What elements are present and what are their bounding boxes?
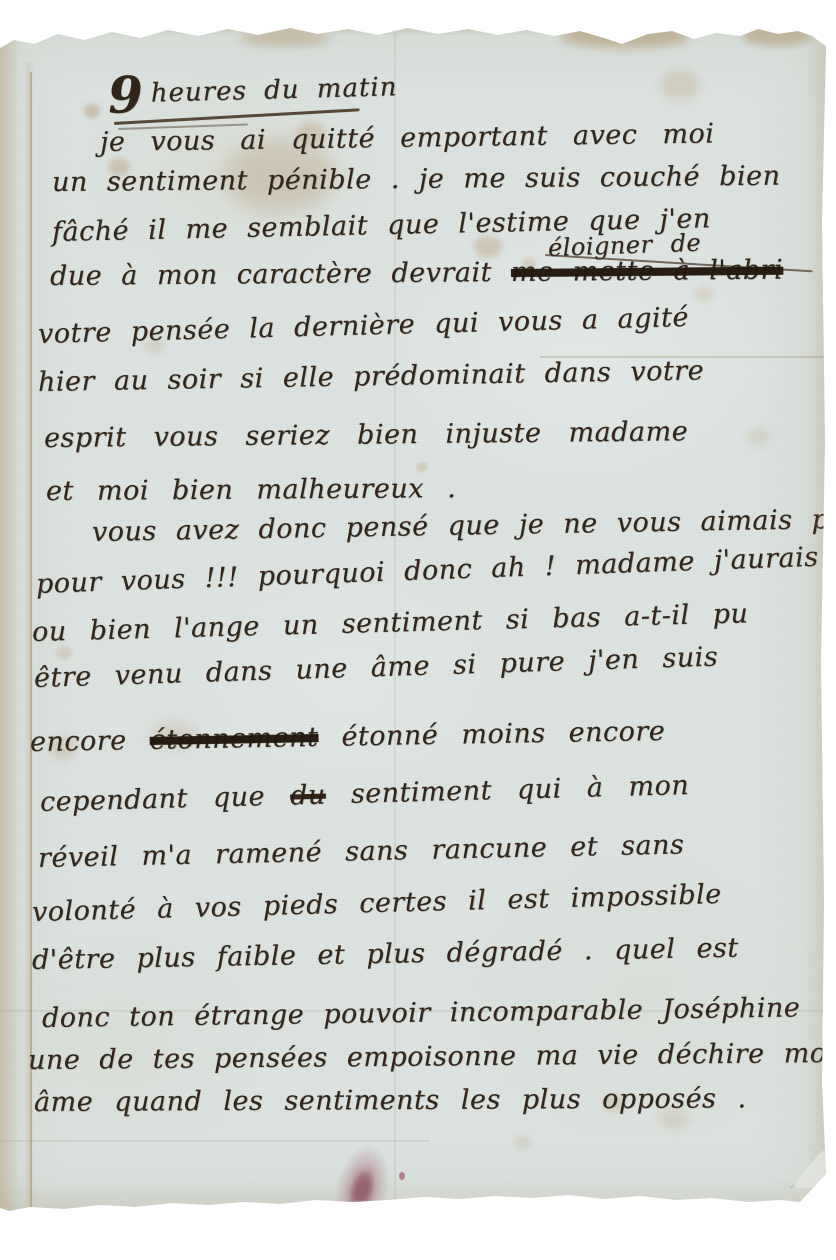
handwritten-line: réveil m'a ramené sans rancune et sans <box>38 830 685 874</box>
handwritten-line: encore étonnement étonné moins encore <box>30 717 666 758</box>
handwritten-line: et moi bien malheureux . <box>46 474 456 507</box>
dog-ear-fold <box>790 1146 826 1188</box>
letter-paper: 9heures du matin je vous ai quitté empor… <box>0 22 826 1214</box>
handwritten-line: d'être plus faible et plus dégradé . que… <box>32 934 739 976</box>
red-ink-dot <box>399 1172 405 1180</box>
handwritten-line: ou bien l'ange un sentiment si bas a-t-i… <box>32 599 749 648</box>
handwritten-line: je vous ai quitté emportant avec moi <box>100 119 715 158</box>
foxing-stain <box>474 236 502 258</box>
header-time-text: heures du matin <box>150 72 397 108</box>
line-text: cependant que <box>40 780 291 818</box>
strikethrough-text: étonnement <box>149 722 318 756</box>
line-text: encore <box>30 725 150 758</box>
handwritten-line: vous avez donc pensé que je ne vous aima… <box>92 505 836 548</box>
torn-edge-stain <box>0 22 826 36</box>
crease-horizontal-bottom <box>0 1140 430 1142</box>
line-text: due à mon caractère devrait <box>50 257 511 292</box>
handwritten-line: être venu dans une âme si pure j'en suis <box>34 643 719 694</box>
right-edge-stain <box>806 22 826 1214</box>
bottom-edge-stain <box>0 1180 826 1214</box>
foxing-stain <box>560 24 690 48</box>
foxing-stain <box>56 646 72 660</box>
strikethrough-text: du <box>290 780 326 812</box>
line-text: sentiment qui à mon <box>325 770 689 811</box>
handwritten-line: cependant que du sentiment qui à mon <box>40 771 690 818</box>
foxing-stain <box>694 286 714 302</box>
handwritten-line: due à mon caractère devrait me mette à l… <box>50 256 783 292</box>
handwritten-line: pour vous !!! pourquoi donc ah ! madame … <box>35 543 819 600</box>
handwritten-line: esprit vous seriez bien injuste madame <box>44 417 688 454</box>
line-text: étonné moins encore <box>318 716 665 753</box>
handwritten-line: volonté à vos pieds certes il est imposs… <box>32 880 722 928</box>
handwritten-line: une de tes pensées empoisonne ma vie déc… <box>28 1039 836 1076</box>
foxing-stain <box>416 462 428 472</box>
scanned-letter-page: 9heures du matin je vous ai quitté empor… <box>0 0 836 1260</box>
handwritten-line: donc ton étrange pouvoir incomparable Jo… <box>42 993 801 1034</box>
foxing-stain <box>514 1136 532 1150</box>
handwritten-line: hier au soir si elle prédominait dans vo… <box>38 356 705 398</box>
left-edge-stain <box>0 22 20 1214</box>
foxing-stain <box>84 104 100 118</box>
handwritten-line: votre pensée la dernière qui vous a agit… <box>38 303 690 350</box>
strikethrough-text: me mette à l'abri <box>511 255 783 288</box>
handwritten-line: âme quand les sentiments les plus opposé… <box>34 1084 747 1118</box>
handwritten-line: un sentiment pénible . je me suis couché… <box>52 162 781 198</box>
foxing-stain <box>746 428 770 446</box>
foxing-stain <box>742 26 812 46</box>
header-time-number: 9 <box>107 65 143 125</box>
foxing-stain <box>660 70 700 100</box>
